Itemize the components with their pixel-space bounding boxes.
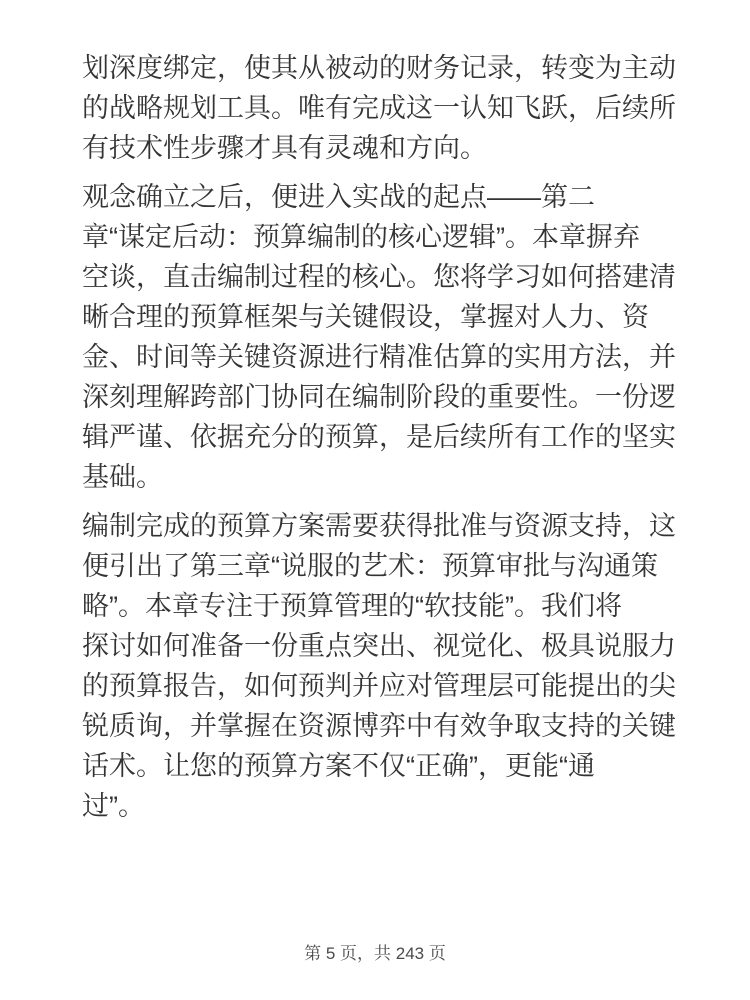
page-number-footer: 第 5 页，共 243 页 — [0, 943, 750, 965]
page-body-text: 划深度绑定，使其从被动的财务记录，转变为主动 的战略规划工具。唯有完成这一认知飞… — [0, 0, 750, 826]
document-page: 划深度绑定，使其从被动的财务记录，转变为主动 的战略规划工具。唯有完成这一认知飞… — [0, 0, 750, 1000]
paragraph-2: 观念确立之后，便进入实战的起点——第二 章“谋定后动：预算编制的核心逻辑”。本章… — [82, 177, 694, 497]
paragraph-3: 编制完成的预算方案需要获得批准与资源支持，这 便引出了第三章“说服的艺术：预算审… — [82, 506, 694, 826]
paragraph-1: 划深度绑定，使其从被动的财务记录，转变为主动 的战略规划工具。唯有完成这一认知飞… — [82, 48, 694, 168]
